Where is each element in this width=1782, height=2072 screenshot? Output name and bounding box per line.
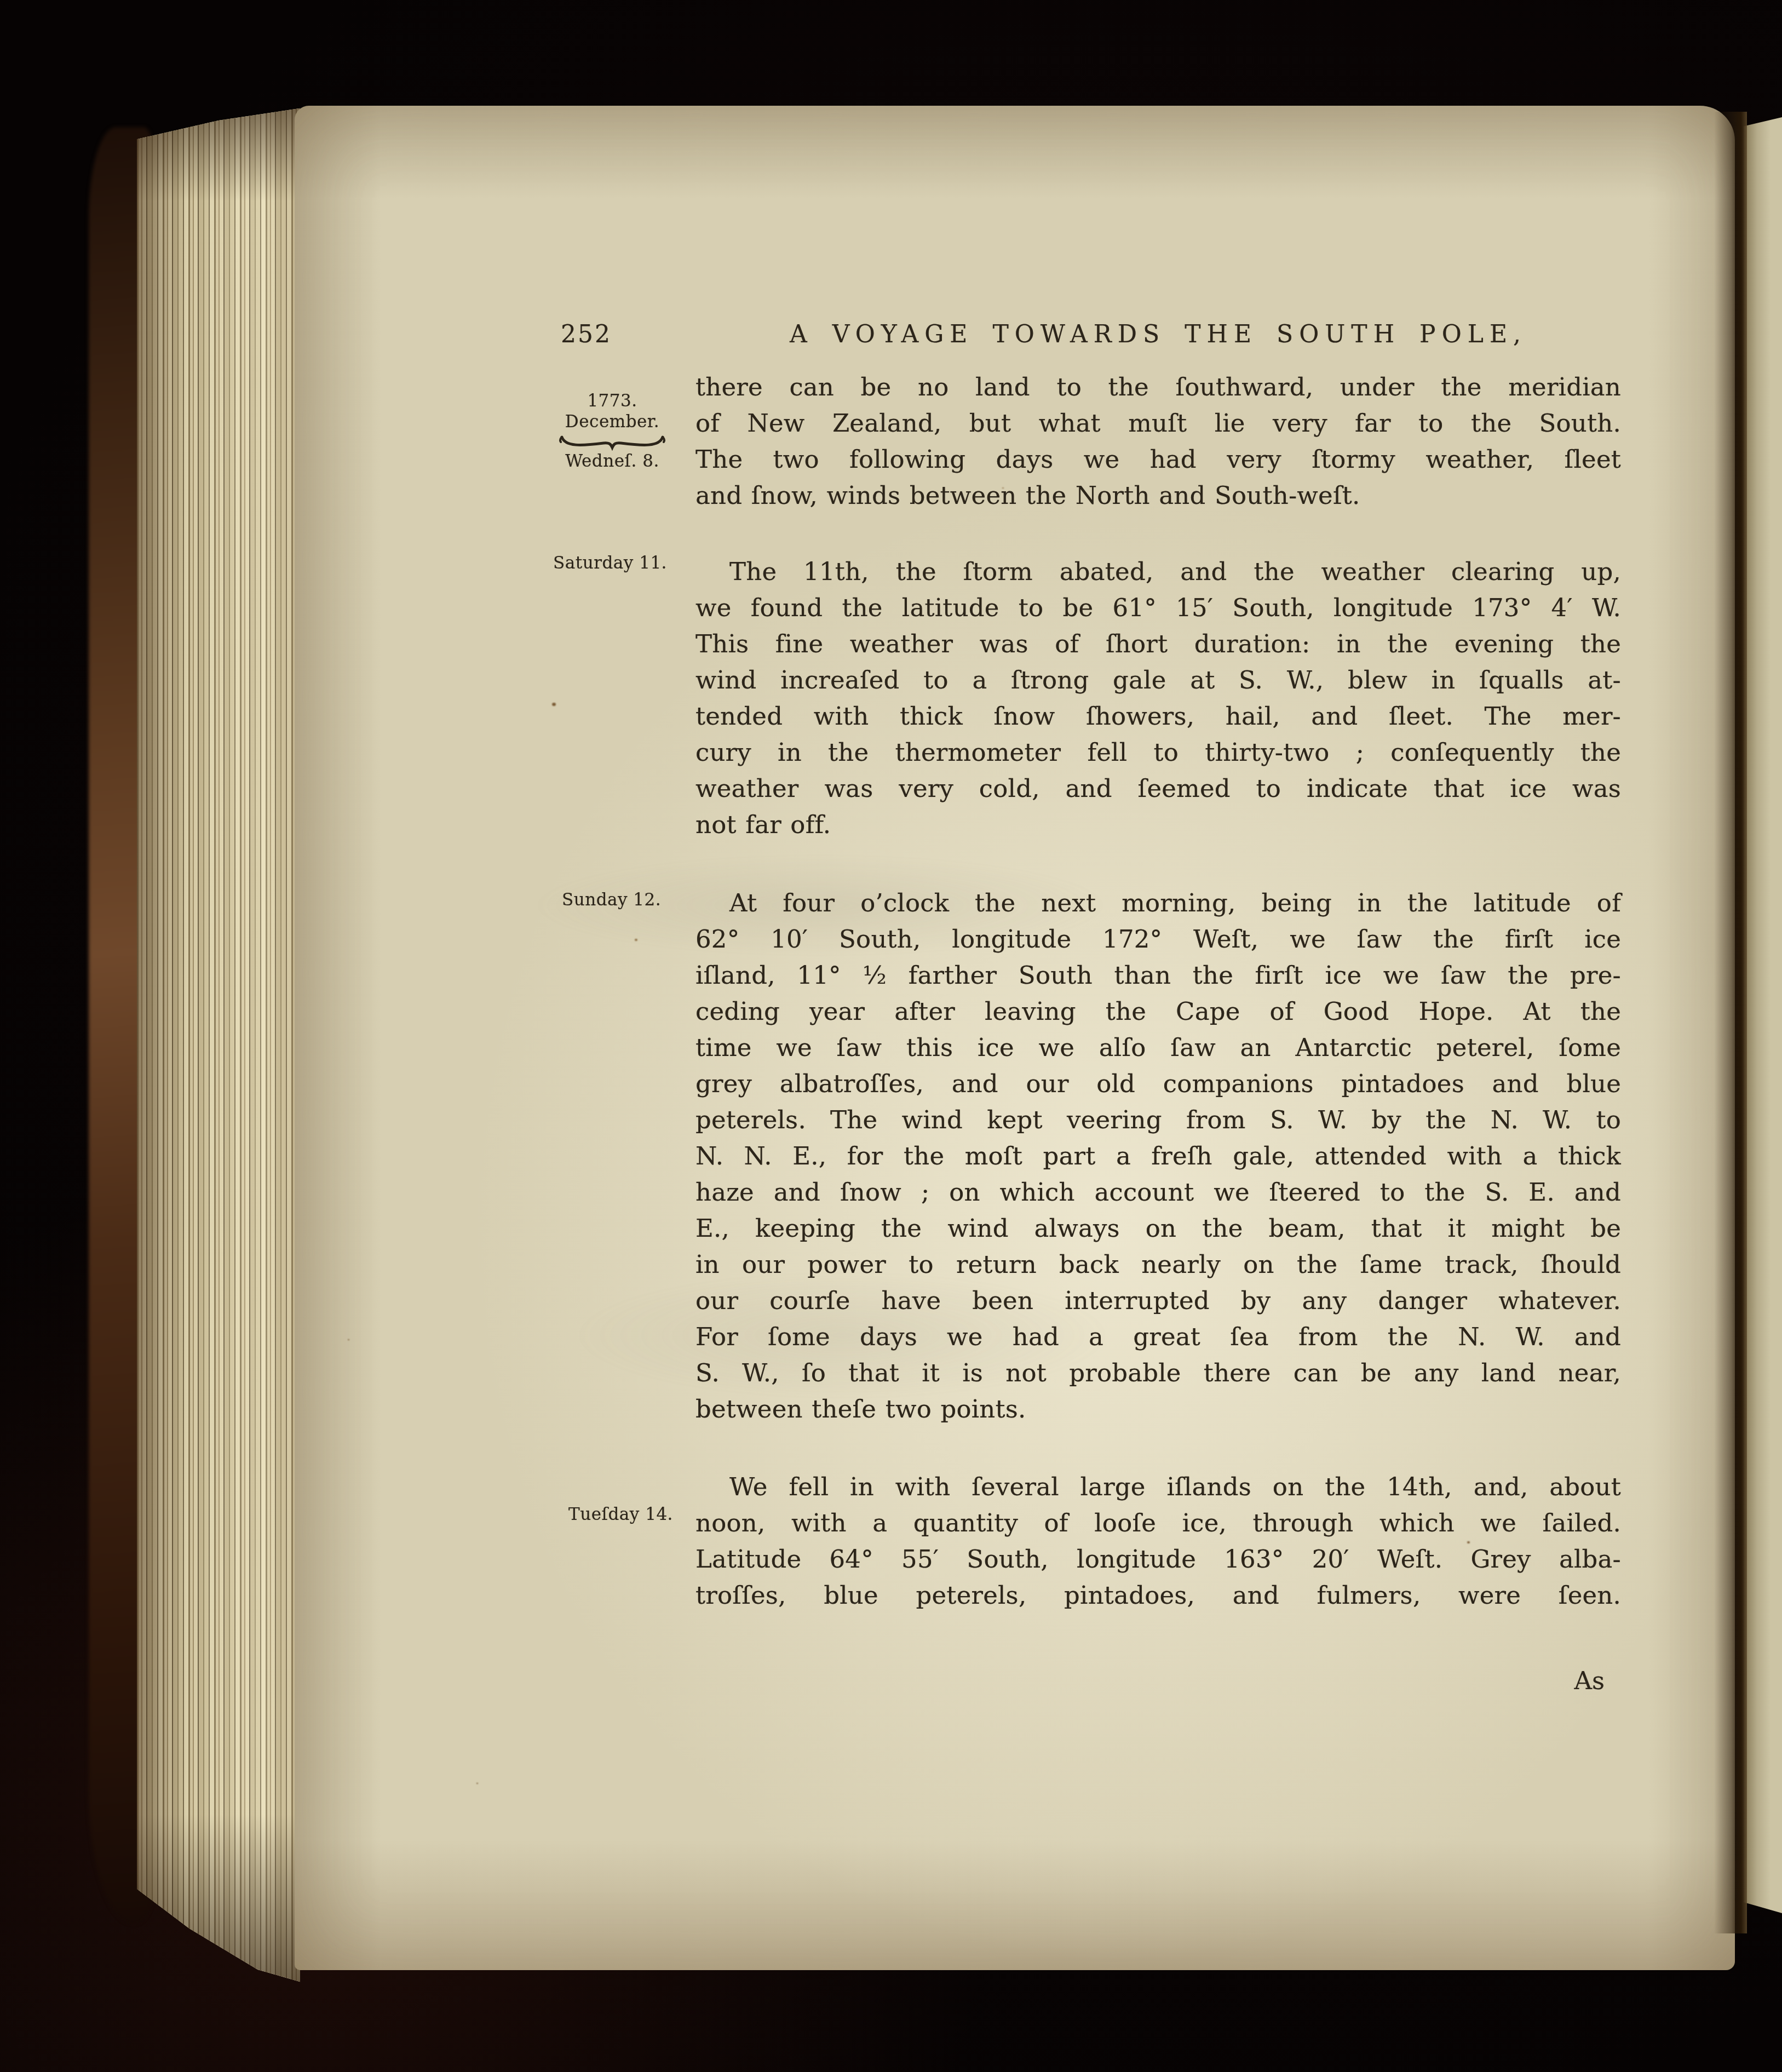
sidenote-month: December. xyxy=(538,411,686,432)
text-line: The two following days we had very ſtorm… xyxy=(695,441,1621,478)
text-line: troſſes, blue peterels, pintadoes, and f… xyxy=(695,1577,1621,1614)
facing-page-sliver xyxy=(1744,117,1782,1926)
text-line: At four o’clock the next morning, being … xyxy=(695,885,1621,921)
sidenote-day-wednesday: Wedneſ. 8. xyxy=(538,451,686,472)
text-line: there can be no land to the ſouthward, u… xyxy=(695,369,1621,405)
sidenote-day-saturday: Saturday 11. xyxy=(553,553,667,573)
paragraph-tuesday-14: We fell in with ſeveral large iſlands on… xyxy=(695,1469,1621,1614)
book-photo: 252 A VOYAGE TOWARDS THE SOUTH POLE, 177… xyxy=(0,0,1782,2072)
text-line: We fell in with ſeveral large iſlands on… xyxy=(695,1469,1621,1505)
text-line: E., keeping the wind always on the beam,… xyxy=(695,1210,1621,1247)
text-line: noon, with a quantity of looſe ice, thro… xyxy=(695,1505,1621,1541)
paragraph-continuation: there can be no land to the ſouthward, u… xyxy=(695,369,1621,514)
running-title: A VOYAGE TOWARDS THE SOUTH POLE, xyxy=(695,318,1621,351)
text-line: 62° 10′ South, longitude 172° Weſt, we ſ… xyxy=(695,921,1621,957)
paragraph-sunday-12: At four o’clock the next morning, being … xyxy=(695,885,1621,1427)
text-line: not far off. xyxy=(695,807,1621,843)
text-line: weather was very cold, and ſeemed to ind… xyxy=(695,771,1621,807)
catchword: As xyxy=(1574,1663,1605,1699)
text-line: in our power to return back nearly on th… xyxy=(695,1247,1621,1283)
sidenote-day-sunday: Sunday 12. xyxy=(562,889,661,910)
sidenote-day-tuesday: Tueſday 14. xyxy=(568,1504,673,1525)
text-line: iſland, 11° ½ farther South than the fir… xyxy=(695,957,1621,994)
text-line: we found the latitude to be 61° 15′ Sout… xyxy=(695,590,1621,626)
gutter-shadow xyxy=(1714,112,1747,1933)
page-edges-stack xyxy=(137,107,300,1983)
text-line: For ſome days we had a great ſea from th… xyxy=(695,1319,1621,1355)
text-line: This fine weather was of ſhort duration:… xyxy=(695,626,1621,662)
paragraph-saturday-11: The 11th, the ſtorm abated, and the weat… xyxy=(695,554,1621,843)
text-line: between theſe two points. xyxy=(695,1391,1621,1427)
text-line: peterels. The wind kept veering from S. … xyxy=(695,1102,1621,1138)
text-line: haze and ſnow ; on which account we ſtee… xyxy=(695,1174,1621,1210)
text-line: The 11th, the ſtorm abated, and the weat… xyxy=(695,554,1621,590)
page-number: 252 xyxy=(561,318,612,351)
text-line: S. W., ſo that it is not probable there … xyxy=(695,1355,1621,1391)
text-line: of New Zealand, but what muſt lie very f… xyxy=(695,405,1621,441)
foxing-specks xyxy=(552,703,556,706)
text-line: wind increaſed to a ſtrong gale at S. W.… xyxy=(695,662,1621,698)
text-line: ceding year after leaving the Cape of Go… xyxy=(695,994,1621,1030)
text-line: N. N. E., for the moſt part a freſh gale… xyxy=(695,1138,1621,1174)
text-line: and ſnow, winds between the North and So… xyxy=(695,478,1621,514)
sidenote-date-block: 1773. December. Wedneſ. 8. xyxy=(538,391,686,472)
text-line: time we ſaw this ice we alſo ſaw an Anta… xyxy=(695,1030,1621,1066)
brace-icon xyxy=(538,432,686,451)
text-line: grey albatroſſes, and our old companions… xyxy=(695,1066,1621,1102)
text-line: cury in the thermometer fell to thirty-t… xyxy=(695,734,1621,771)
book-page: 252 A VOYAGE TOWARDS THE SOUTH POLE, 177… xyxy=(295,106,1735,1970)
sidenote-year: 1773. xyxy=(538,391,686,411)
text-line: Latitude 64° 55′ South, longitude 163° 2… xyxy=(695,1541,1621,1577)
text-line: tended with thick ſnow ſhowers, hail, an… xyxy=(695,698,1621,734)
text-line: our courſe have been interrupted by any … xyxy=(695,1283,1621,1319)
